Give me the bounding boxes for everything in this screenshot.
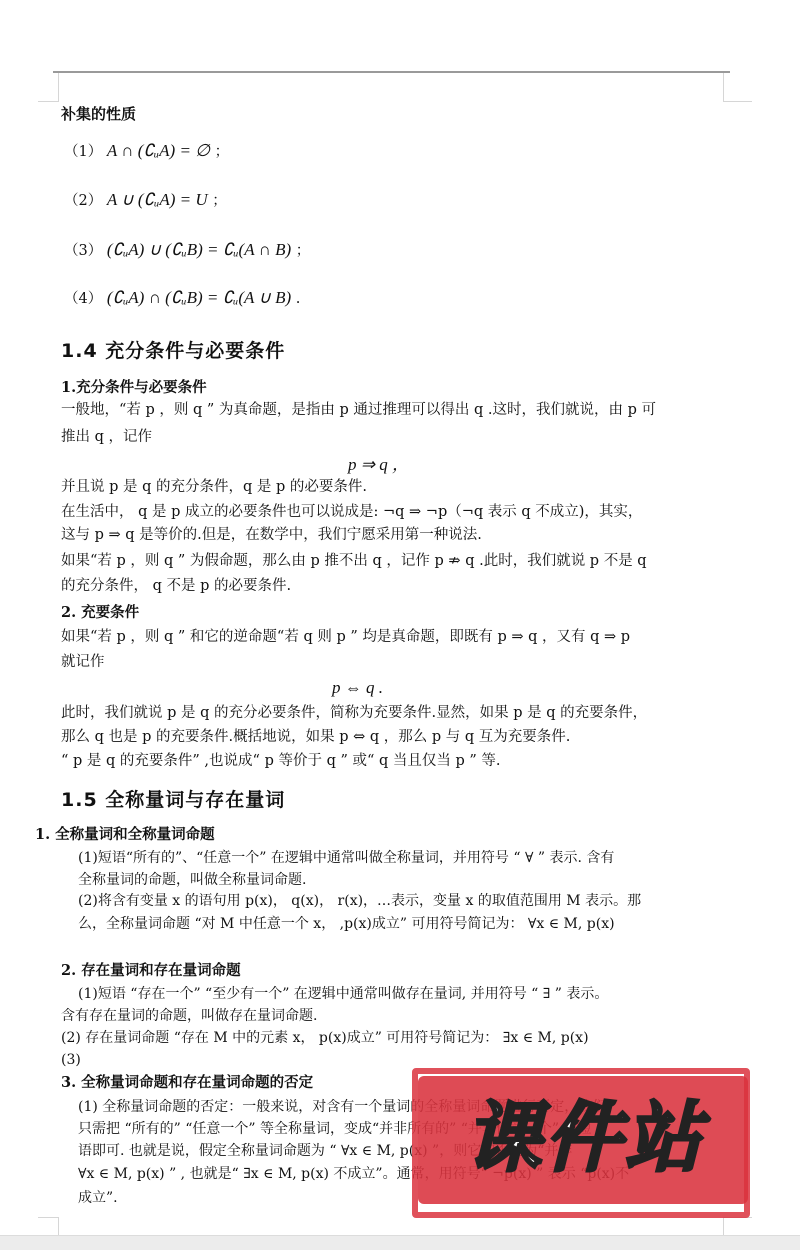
margin-corner-bottom-right	[723, 1217, 752, 1236]
formula: A ∪ (∁ᵤA) = U	[107, 190, 208, 209]
paragraph-line: 那么 q 也是 p 的充要条件.概括地说，如果 p ⇔ q ，那么 p 与 q …	[61, 727, 570, 747]
subheading-sufficient-necessary: 1.充分条件与必要条件	[61, 378, 207, 398]
item-num: （1）	[64, 144, 102, 160]
paragraph-line: 此时，我们就说 p 是 q 的充分必要条件，简称为充要条件.显然，如果 p 是 …	[61, 703, 647, 723]
item-num: （4）	[64, 291, 102, 307]
paragraph-line: 就记作	[61, 652, 105, 672]
formula: (∁ᵤA) ∪ (∁ᵤB) = ∁ᵤ(A ∩ B)	[107, 240, 291, 259]
formula: A ∩ (∁ᵤA) = ∅	[107, 141, 210, 160]
complement-heading: 补集的性质	[61, 104, 136, 124]
section-title-1-5: 1.5 全称量词与存在量词	[61, 790, 285, 810]
watermark-text: 课件站	[430, 1088, 740, 1188]
paragraph-line: 这与 p ⇒ q 是等价的.但是，在数学中，我们宁愿采用第一种说法.	[61, 525, 482, 545]
margin-corner-top-right	[723, 73, 752, 102]
paragraph-line: 么，全称量词命题 “对 M 中任意一个 x， ,p(x)成立” 可用符号简记为：…	[78, 914, 615, 934]
item-num: （3）	[64, 243, 102, 259]
paragraph-line: 并且说 p 是 q 的充分条件，q 是 p 的必要条件.	[61, 477, 367, 497]
watermark-stamp: 课件站	[412, 1068, 750, 1218]
paragraph-line: (2) 存在量词命题 “存在 M 中的元素 x， p(x)成立” 可用符号简记为…	[61, 1028, 589, 1048]
formula-p-iff-q: p ⇔ q .	[332, 678, 383, 698]
paragraph-line: 如果“若 p ，则 q ” 为假命题，那么由 p 推不出 q ，记作 p ⇏ q…	[61, 551, 647, 571]
paragraph-line: “ p 是 q 的充要条件” ,也说成“ p 等价于 q ” 或“ q 当且仅当…	[61, 751, 501, 771]
paragraph-line: 一般地，“若 p ，则 q ” 为真命题，是指由 p 通过推理可以得出 q .这…	[61, 400, 656, 420]
margin-corner-bottom-left	[38, 1217, 59, 1236]
margin-corner-top-left	[38, 73, 59, 102]
paragraph-line: (1)短语 “存在一个” “至少有一个” 在逻辑中通常叫做存在量词, 并用符号 …	[78, 984, 608, 1004]
document-page: 补集的性质 （1） A ∩ (∁ᵤA) = ∅ ； （2） A ∪ (∁ᵤA) …	[0, 0, 800, 1235]
property-2: （2） A ∪ (∁ᵤA) = U ；	[64, 190, 227, 211]
paragraph-line: (1)短语“所有的”、“任意一个” 在逻辑中通常叫做全称量词，并用符号 “ ∀ …	[78, 848, 614, 868]
item-num: （2）	[64, 193, 102, 209]
item-end: ；	[296, 243, 311, 259]
property-1: （1） A ∩ (∁ᵤA) = ∅ ；	[64, 141, 229, 162]
item-end: ；	[212, 193, 227, 209]
property-4: （4） (∁ᵤA) ∩ (∁ᵤB) = ∁ᵤ(A ∪ B) .	[64, 288, 300, 309]
item-end: ；	[215, 144, 230, 160]
paragraph-line: 的充分条件， q 不是 p 的必要条件.	[61, 576, 291, 596]
section-title-1-4: 1.4 充分条件与必要条件	[61, 341, 285, 361]
header-rule	[53, 71, 730, 73]
paragraph-line: 全称量词的命题，叫做全称量词命题.	[78, 870, 306, 890]
property-3: （3） (∁ᵤA) ∪ (∁ᵤB) = ∁ᵤ(A ∩ B) ；	[64, 240, 310, 261]
paragraph-line: 在生活中， q 是 p 成立的必要条件也可以说成是: ¬q ⇒ ¬p（¬q 表示…	[61, 502, 642, 522]
paragraph-line: 含有存在量词的命题，叫做存在量词命题.	[61, 1006, 317, 1026]
item-end: .	[296, 291, 301, 307]
subheading-iff-condition: 2. 充要条件	[61, 603, 139, 623]
paragraph-line: 推出 q ，记作	[61, 427, 152, 447]
subheading-negation: 3. 全称量词命题和存在量词命题的否定	[61, 1073, 313, 1093]
viewer-bottom-bar	[0, 1235, 800, 1250]
formula: (∁ᵤA) ∩ (∁ᵤB) = ∁ᵤ(A ∪ B)	[107, 288, 291, 307]
subheading-universal-quantifier: 1. 全称量词和全称量词命题	[35, 825, 215, 845]
paragraph-line: 成立”.	[78, 1188, 118, 1208]
paragraph-line: (2)将含有变量 x 的语句用 p(x)， q(x)， r(x)，…表示，变量 …	[78, 891, 641, 911]
paragraph-line: (3)	[61, 1050, 81, 1070]
subheading-existential-quantifier: 2. 存在量词和存在量词命题	[61, 961, 241, 981]
paragraph-line: 如果“若 p ，则 q ” 和它的逆命题“若 q 则 p ” 均是真命题，即既有…	[61, 627, 630, 647]
formula-p-implies-q: p ⇒ q ，	[348, 455, 409, 475]
